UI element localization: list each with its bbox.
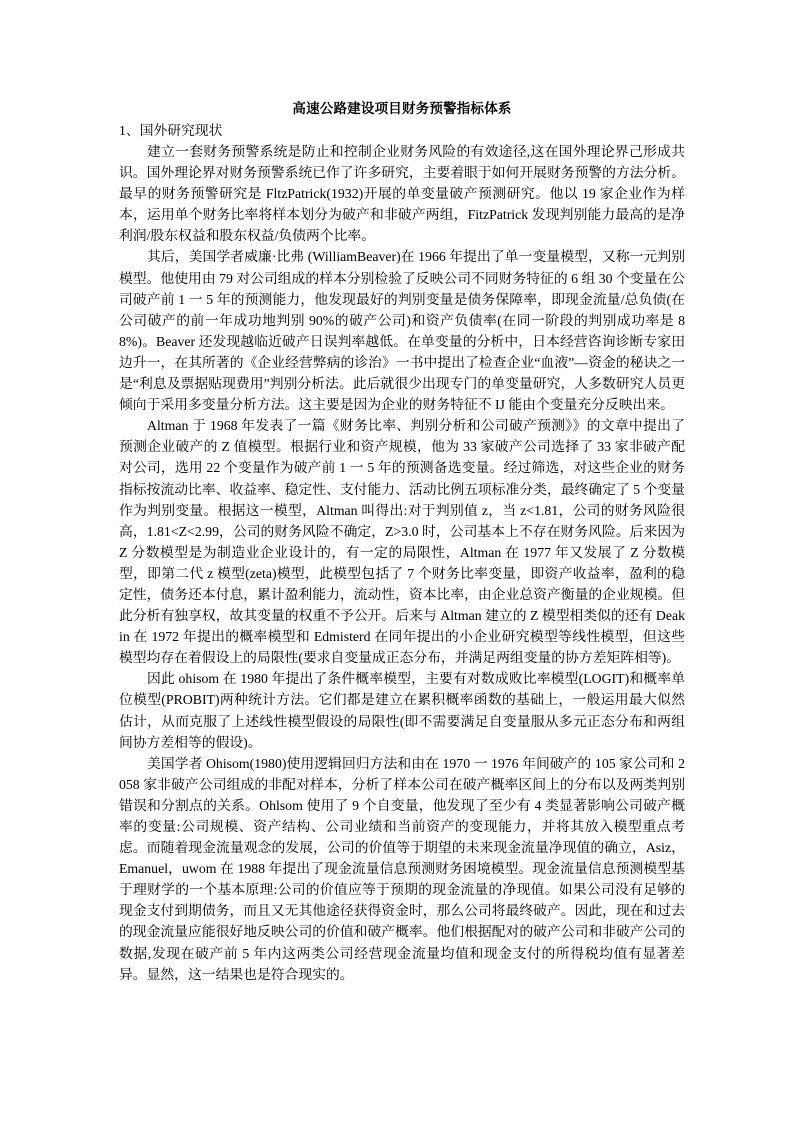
paragraph-ohisom-logit: 因此 ohisom 在 1980 年提出了条件概率模型，主要有对数成败比率模型(…	[119, 668, 685, 752]
section-heading: 1、国外研究现状	[119, 120, 685, 141]
paragraph-altman: Altman 于 1968 年发表了一篇《财务比率、判别分析和公司破产预测》》的…	[119, 415, 685, 668]
paragraph-fitzpatrick: 建立一套财务预警系统是防止和控制企业财务风险的有效途径,这在国外理论界己形成共识…	[119, 141, 685, 246]
document-title: 高速公路建设项目财务预警指标体系	[119, 99, 685, 120]
document-page: 高速公路建设项目财务预警指标体系 1、国外研究现状 建立一套财务预警系统是防止和…	[119, 99, 685, 985]
paragraph-ohlsom-cashflow: 美国学者 Ohisom(1980)使用逻辑回归方法和由在 1970 一 1976…	[119, 753, 685, 985]
paragraph-beaver: 其后，美国学者威廉·比弗 (WilliamBeaver)在 1966 年提出了单…	[119, 246, 685, 415]
